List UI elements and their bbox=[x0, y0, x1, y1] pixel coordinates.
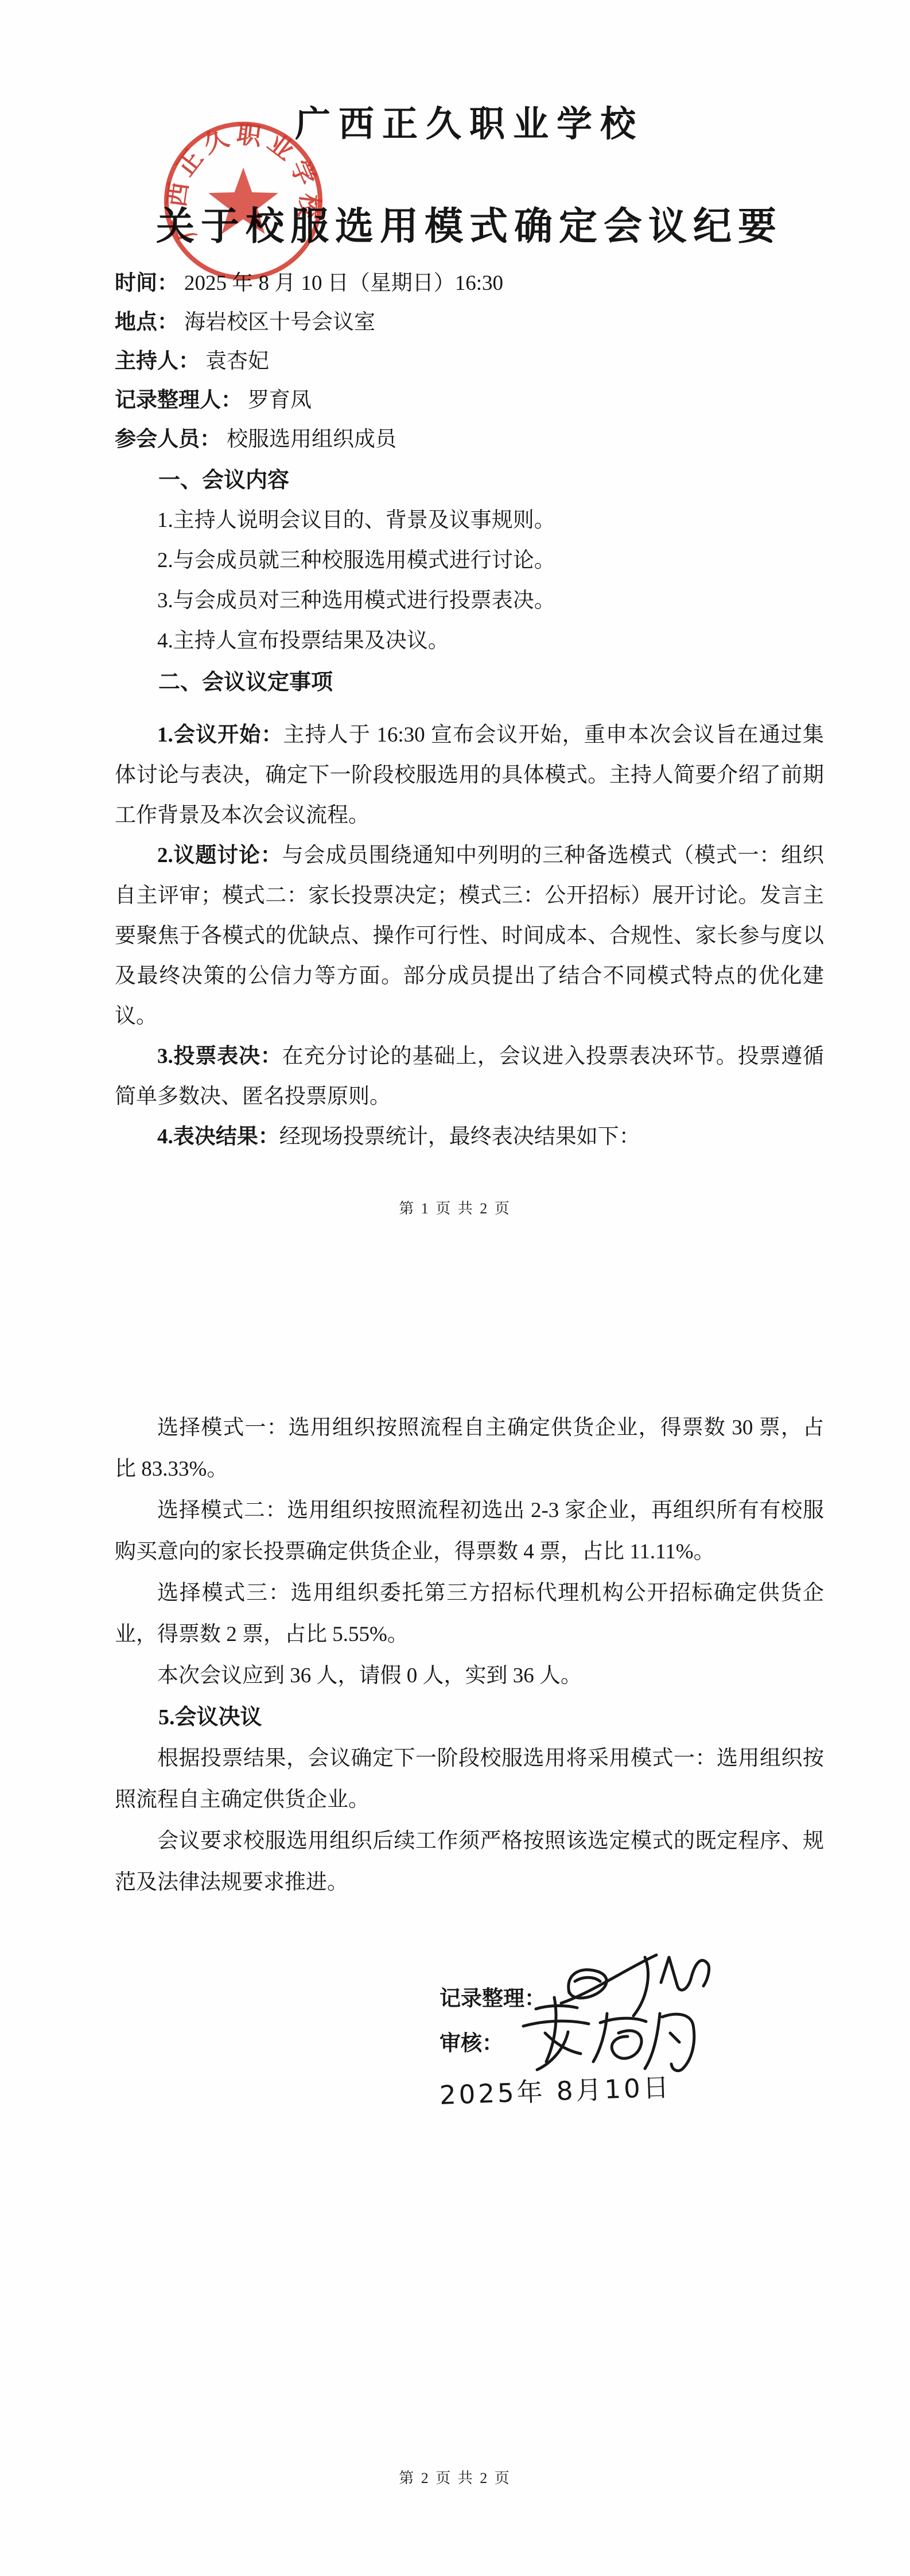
attendance-summary: 本次会议应到 36 人，请假 0 人，实到 36 人。 bbox=[115, 1655, 824, 1697]
document-title-line1: 广西正久职业学校 bbox=[115, 102, 824, 147]
paragraph-meeting-start: 1.会议开始：主持人于 16:30 宣布会议开始，重申本次会议旨在通过集体讨论与… bbox=[115, 715, 824, 836]
paragraph-vote-result-intro: 4.表决结果：经现场投票统计，最终表决结果如下： bbox=[115, 1117, 824, 1157]
page2-footer: 第 2 页 共 2 页 bbox=[0, 2467, 910, 2490]
recorder-signature-label: 记录整理： bbox=[440, 1987, 546, 2011]
page1-footer: 第 1 页 共 2 页 bbox=[0, 1197, 910, 1220]
section1-heading: 一、会议内容 bbox=[115, 460, 824, 501]
meta-label-attendees: 参会人员： bbox=[115, 428, 221, 451]
meta-label-host: 主持人： bbox=[115, 350, 200, 373]
meta-value-time: 2025 年 8 月 10 日（星期日）16:30 bbox=[184, 271, 503, 295]
meta-row-attendees: 参会人员：校服选用组织成员 bbox=[115, 420, 824, 459]
meta-row-recorder: 记录整理人：罗育凤 bbox=[115, 381, 824, 420]
meta-value-attendees: 校服选用组织成员 bbox=[227, 428, 396, 451]
meta-row-host: 主持人：袁杏妃 bbox=[115, 342, 824, 381]
reviewer-signature-label: 审核： bbox=[440, 2032, 503, 2055]
meta-value-recorder: 罗育凤 bbox=[248, 389, 312, 412]
paragraph-lead: 1.会议开始： bbox=[157, 723, 283, 747]
paragraph-text: 经现场投票统计，最终表决结果如下： bbox=[279, 1125, 640, 1149]
document-title-line2: 关于校服选用模式确定会议纪要 bbox=[115, 202, 824, 251]
agenda-item: 1.主持人说明会议目的、背景及议事规则。 bbox=[115, 501, 824, 541]
meta-label-recorder: 记录整理人： bbox=[115, 389, 242, 412]
agenda-item: 3.与会成员对三种选用模式进行投票表决。 bbox=[115, 581, 824, 621]
signature-block: 记录整理： 审核： bbox=[440, 1977, 824, 2112]
recorder-signature-row: 记录整理： bbox=[440, 1977, 824, 2022]
page2-content: 选择模式一：选用组织按照流程自主确定供货企业，得票数 30 票，占比 83.33… bbox=[115, 1407, 824, 1903]
reviewer-signature-row: 审核： bbox=[440, 2022, 824, 2066]
decision-paragraph: 根据投票结果，会议确定下一阶段校服选用将采用模式一：选用组织按照流程自主确定供货… bbox=[115, 1738, 824, 1821]
result-mode3: 选择模式三：选用组织委托第三方招标代理机构公开招标确定供货企业，得票数 2 票，… bbox=[115, 1573, 824, 1655]
decision-heading: 5.会议决议 bbox=[115, 1697, 824, 1738]
meta-value-host: 袁杏妃 bbox=[205, 350, 269, 373]
meta-row-location: 地点：海岩校区十号会议室 bbox=[115, 303, 824, 342]
result-mode1: 选择模式一：选用组织按照流程自主确定供货企业，得票数 30 票，占比 83.33… bbox=[115, 1407, 824, 1490]
paragraph-lead: 3.投票表决： bbox=[157, 1045, 282, 1068]
agenda-item: 4.主持人宣布投票结果及决议。 bbox=[115, 621, 824, 661]
meta-label-time: 时间： bbox=[115, 271, 178, 295]
meta-value-location: 海岩校区十号会议室 bbox=[184, 311, 375, 334]
recorder-signature bbox=[553, 1941, 720, 2033]
section2-heading: 二、会议议定事项 bbox=[115, 662, 824, 703]
meta-label-location: 地点： bbox=[115, 311, 178, 334]
result-mode2: 选择模式二：选用组织按照流程初选出 2-3 家企业，再组织所有有校服购买意向的家… bbox=[115, 1490, 824, 1573]
paragraph-voting: 3.投票表决：在充分讨论的基础上，会议进入投票表决环节。投票遵循简单多数决、匿名… bbox=[115, 1037, 824, 1117]
handwritten-date: 2025年 8月10日 bbox=[439, 2061, 825, 2112]
meta-row-time: 时间：2025 年 8 月 10 日（星期日）16:30 bbox=[115, 264, 824, 303]
paragraph-topic-discussion: 2.议题讨论：与会成员围绕通知中列明的三种备选模式（模式一：组织自主评审；模式二… bbox=[115, 836, 824, 1037]
paragraph-lead: 4.表决结果： bbox=[157, 1125, 279, 1149]
paragraph-lead: 2.议题讨论： bbox=[157, 844, 282, 867]
meta-block: 时间：2025 年 8 月 10 日（星期日）16:30 地点：海岩校区十号会议… bbox=[115, 264, 824, 459]
document-page: 广西正久职业学校 广西正久职业学校 关于校服选用模式确定会议纪要 时间：2025… bbox=[0, 0, 910, 2576]
agenda-item: 2.与会成员就三种校服选用模式进行讨论。 bbox=[115, 541, 824, 581]
decision-paragraph: 会议要求校服选用组织后续工作须严格按照该选定模式的既定程序、规范及法律法规要求推… bbox=[115, 1821, 824, 1903]
paragraph-text: 与会成员围绕通知中列明的三种备选模式（模式一：组织自主评审；模式二：家长投票决定… bbox=[115, 844, 824, 1028]
